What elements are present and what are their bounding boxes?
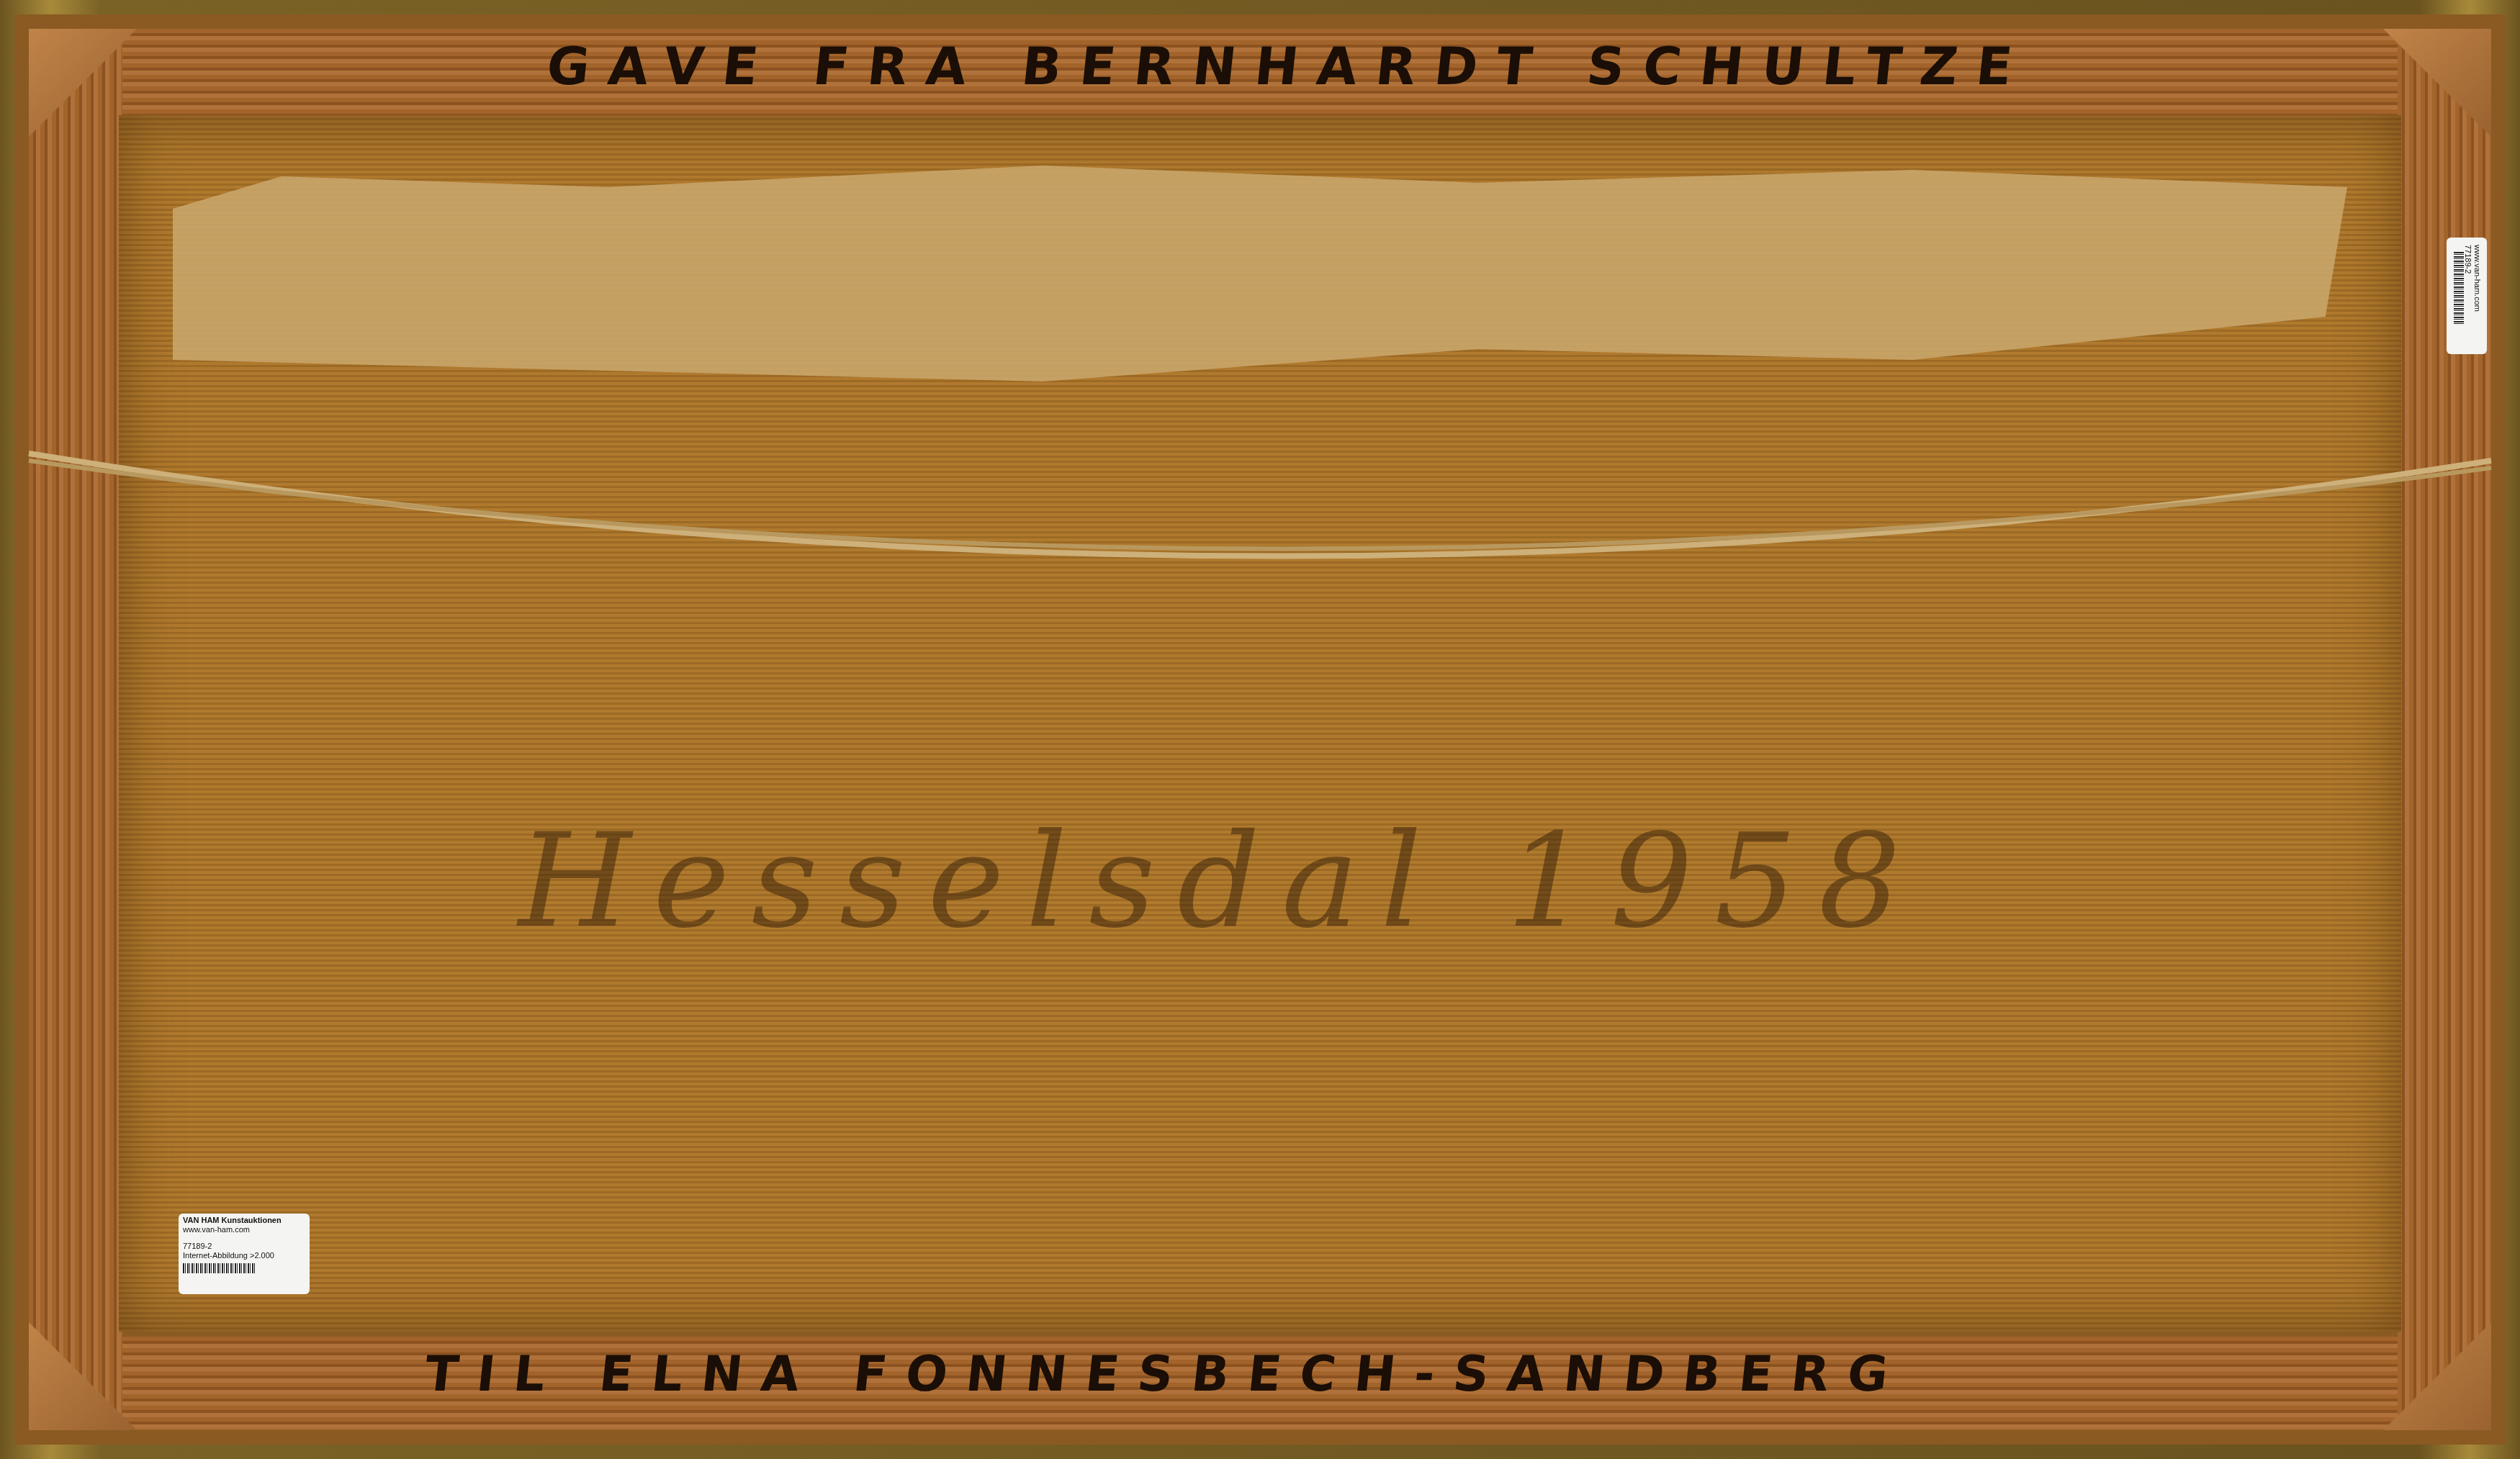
barcode [183,1263,255,1273]
label-text: www.van-ham.com 77189-2 [2462,245,2481,345]
label-website: www.van-ham.com [183,1226,305,1235]
auction-label-vertical: www.van-ham.com 77189-2 [2447,238,2487,354]
bottom-inscription: TIL ELNA FONNESBECH-SANDBERG [422,1346,1909,1403]
hanging-cord [0,0,2520,1459]
label-website: www.van-ham.com [2472,245,2481,345]
label-lot: 77189-2 [2462,245,2472,345]
label-lot: 77189-2 [183,1242,305,1252]
top-inscription: GAVE FRA BERNHARDT SCHULTZE [544,36,2034,96]
label-company: VAN HAM Kunstauktionen [183,1216,305,1226]
auction-label: VAN HAM Kunstauktionen www.van-ham.com 7… [179,1214,310,1294]
label-note: Internet-Abbildung >2.000 [183,1252,305,1261]
